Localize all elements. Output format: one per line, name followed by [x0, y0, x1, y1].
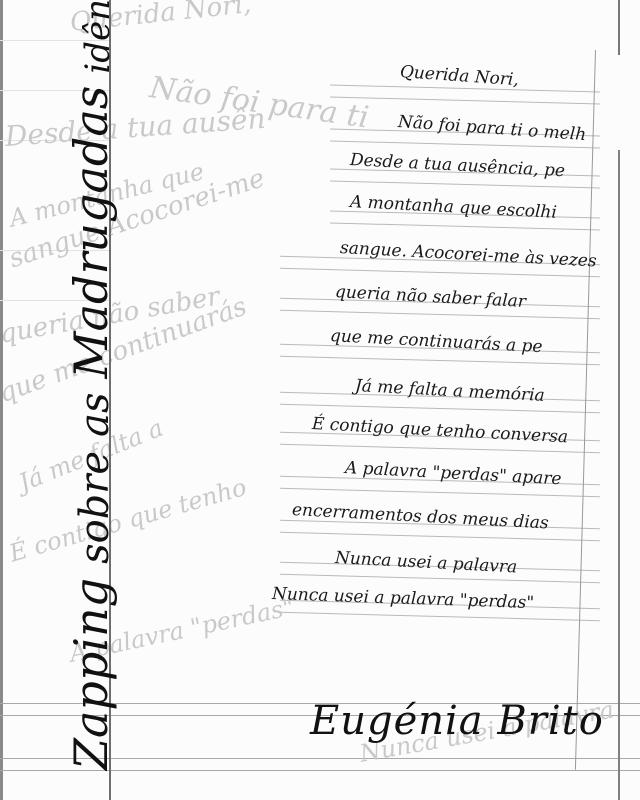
author-name: Eugénia Brito [310, 698, 604, 744]
letter-line: A montanha que escolhi [349, 192, 557, 223]
letter-line: Nunca usei a palavra [334, 548, 517, 578]
letter-line: É contigo que tenho conversa [311, 414, 568, 447]
letter-line: encerramentos dos meus dias [291, 500, 549, 533]
letter-line: queria não saber falar [334, 282, 526, 312]
letter-line: A palavra "perdas" apare [344, 458, 561, 489]
letter-line: Desde a tua ausência, pe [349, 150, 565, 181]
letter-line: Já me falta a memória [354, 376, 545, 406]
letter-line: sangue. Acocorei-me às vezes [339, 238, 597, 271]
handwritten-letter: Querida Nori, Não foi para ti o melh Des… [0, 0, 640, 800]
book-cover: Querida Nori,Não foi para tiDesde a tua … [0, 0, 640, 800]
letter-line: que me continuarás a pe [329, 326, 543, 357]
letter-line: Não foi para ti o melh [397, 112, 587, 145]
letter-line: Querida Nori, [399, 62, 519, 90]
letter-line: Nunca usei a palavra "perdas" [272, 584, 535, 613]
